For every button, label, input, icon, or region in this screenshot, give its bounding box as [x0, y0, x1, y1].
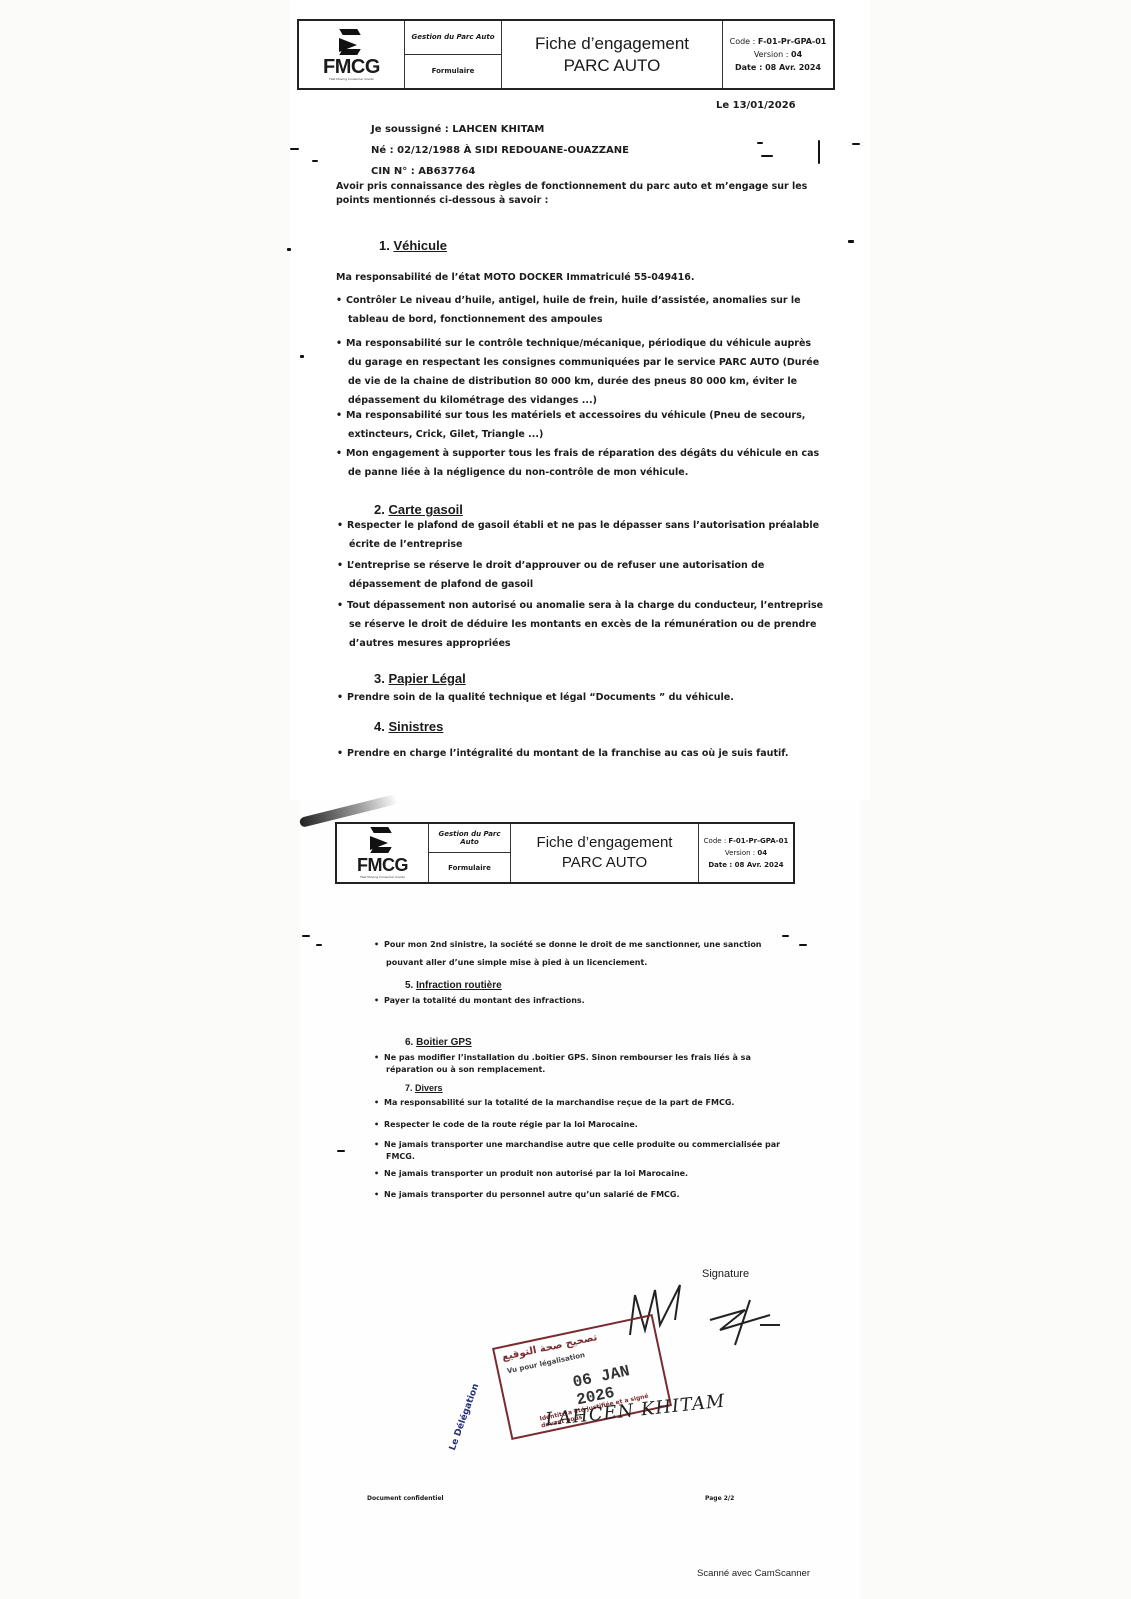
list-item: •Ma responsabilité sur le contrôle techn… [336, 334, 819, 410]
section-carte-gasoil-heading: 2. Carte gasoil [374, 502, 463, 517]
list-item: •Mon engagement à supporter tous les fra… [336, 444, 819, 482]
list-item: •Pour mon 2nd sinistre, la société se do… [374, 936, 762, 972]
code-line: Code : F-01-Pr-GPA-01 [704, 835, 789, 847]
list-item: •Respecter le plafond de gasoil établi e… [337, 516, 819, 554]
camscanner-watermark: Scanné avec CamScanner [697, 1568, 810, 1579]
section-divers-heading: 7. Divers [405, 1083, 443, 1093]
bullet-icon: • [337, 556, 347, 575]
code-value: F-01-Pr-GPA-01 [758, 37, 826, 46]
bullet-icon: • [374, 936, 384, 954]
list-item: •L’entreprise se réserve le droit d’appr… [337, 556, 764, 594]
footer-confidential: Document confidentiel [367, 1495, 444, 1502]
code-value: F-01-Pr-GPA-01 [728, 837, 788, 845]
list-item: •Payer la totalité du montant des infrac… [374, 994, 585, 1007]
title-line-1: Fiche d’engagement [535, 33, 689, 55]
section-papier-legal-heading: 3. Papier Légal [374, 671, 466, 686]
document-header-page-2: FMCG Fast Moving Consumer Goods Gestion … [335, 822, 795, 884]
date-line: Date : 08 Avr. 2024 [735, 61, 821, 74]
document-header: FMCG Fast Moving Consumer Goods Gestion … [297, 19, 835, 90]
logo-text: FMCG [323, 57, 380, 77]
version-value: 04 [791, 50, 802, 59]
date-value: 08 Avr. 2024 [735, 861, 784, 869]
list-item: •Ne jamais transporter du personnel autr… [374, 1189, 680, 1201]
bullet-icon: • [337, 744, 347, 763]
cin-line: CIN N° : AB637764 [371, 162, 475, 181]
fmcg-logo: FMCG Fast Moving Consumer Goods [299, 21, 405, 88]
header-title: Fiche d’engagement PARC AUTO [502, 21, 723, 88]
bullet-icon: • [374, 1139, 384, 1151]
list-item: •Respecter le code de la route régie par… [374, 1119, 638, 1131]
bullet-icon: • [336, 444, 346, 463]
logo-tagline: Fast Moving Consumer Goods [360, 875, 405, 879]
list-item: •Ma responsabilité sur la totalité de la… [374, 1097, 734, 1109]
header-type: Formulaire [405, 55, 502, 89]
bullet-icon: • [374, 1052, 384, 1064]
header-category: Gestion du Parc Auto [405, 21, 502, 55]
header-type: Formulaire [429, 853, 511, 882]
bullet-icon: • [374, 1189, 384, 1201]
date-value: 08 Avr. 2024 [765, 63, 821, 72]
arrow-logo-icon [337, 29, 367, 55]
signature-label: Signature [702, 1268, 749, 1280]
list-item: •Ne pas modifier l’installation du .boit… [374, 1052, 751, 1076]
section-infraction-heading: 5. Infraction routière [405, 980, 502, 991]
bullet-icon: • [337, 596, 347, 615]
arrow-logo-icon [368, 827, 398, 853]
list-item: •Ma responsabilité sur tous les matériel… [336, 406, 805, 444]
list-item: •Tout dépassement non autorisé ou anomal… [337, 596, 823, 653]
logo-text: FMCG [357, 855, 408, 875]
code-line: Code : F-01-Pr-GPA-01 [730, 35, 827, 48]
bullet-icon: • [374, 1097, 384, 1109]
birth-line: Né : 02/12/1988 À SIDI REDOUANE-OUAZZANE [371, 141, 629, 160]
title-line-2: PARC AUTO [562, 853, 647, 873]
version-line: Version : 04 [725, 847, 767, 859]
scanned-document: FMCG Fast Moving Consumer Goods Gestion … [0, 0, 1131, 1599]
bullet-icon: • [336, 406, 346, 425]
bullet-icon: • [374, 1168, 384, 1180]
logo-tagline: Fast Moving Consumer Goods [329, 77, 374, 81]
footer-page-number: Page 2/2 [705, 1495, 734, 1502]
list-item: •Contrôler Le niveau d’huile, antigel, h… [336, 291, 801, 329]
list-item: •Prendre en charge l’intégralité du mont… [337, 744, 788, 763]
bullet-icon: • [374, 1119, 384, 1131]
title-line-1: Fiche d’engagement [537, 833, 673, 853]
list-item: •Ne jamais transporter un produit non au… [374, 1168, 688, 1180]
header-category: Gestion du Parc Auto [429, 824, 511, 853]
header-meta: Code : F-01-Pr-GPA-01 Version : 04 Date … [699, 824, 793, 882]
header-meta: Code : F-01-Pr-GPA-01 Version : 04 Date … [723, 21, 833, 88]
title-line-2: PARC AUTO [564, 55, 661, 77]
section-gps-heading: 6. Boitier GPS [405, 1037, 472, 1048]
version-line: Version : 04 [754, 48, 802, 61]
version-value: 04 [757, 849, 767, 857]
section-sinistres-heading: 4. Sinistres [374, 719, 443, 734]
vehicule-lead: Ma responsabilité de l’état MOTO DOCKER … [336, 268, 695, 287]
bullet-icon: • [336, 334, 346, 353]
section-vehicule-heading: 1. Véhicule [379, 238, 447, 253]
bullet-icon: • [336, 291, 346, 310]
date-line: Date : 08 Avr. 2024 [708, 859, 783, 871]
soussigne-line: Je soussigné : LAHCEN KHITAM [371, 120, 544, 139]
list-item: •Prendre soin de la qualité technique et… [337, 688, 734, 707]
fmcg-logo: FMCG Fast Moving Consumer Goods [337, 824, 429, 882]
bullet-icon: • [337, 516, 347, 535]
header-title: Fiche d’engagement PARC AUTO [511, 824, 699, 882]
list-item: •Ne jamais transporter une marchandise a… [374, 1139, 780, 1163]
intro-paragraph: Avoir pris connaissance des règles de fo… [336, 180, 807, 208]
bullet-icon: • [374, 994, 384, 1007]
document-date: Le 13/01/2026 [716, 96, 796, 115]
bullet-icon: • [337, 688, 347, 707]
